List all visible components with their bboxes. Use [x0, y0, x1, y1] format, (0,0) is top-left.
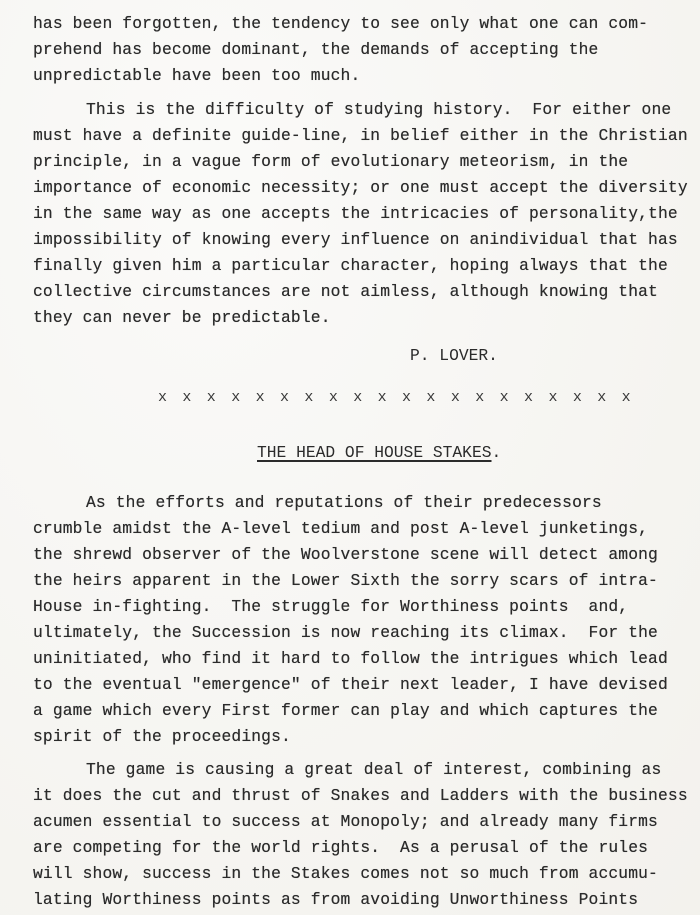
text-line: The game is causing a great deal of inte… [86, 760, 661, 780]
text-line: prehend has become dominant, the demands… [33, 40, 598, 60]
text-line: are competing for the world rights. As a… [33, 838, 648, 858]
text-line: will show, success in the Stakes comes n… [33, 864, 658, 884]
text-line: to the eventual "emergence" of their nex… [33, 675, 668, 695]
text-line: finally given him a particular character… [33, 256, 668, 276]
text-line: House in-fighting. The struggle for Wort… [33, 597, 628, 617]
text-line: spirit of the proceedings. [33, 727, 291, 747]
text-line: it does the cut and thrust of Snakes and… [33, 786, 688, 806]
article-heading-text: THE HEAD OF HOUSE STAKES [257, 443, 492, 462]
text-line: This is the difficulty of studying histo… [86, 100, 671, 120]
text-line: ultimately, the Succession is now reachi… [33, 623, 658, 643]
text-line: acumen essential to success at Monopoly;… [33, 812, 658, 832]
text-line: has been forgotten, the tendency to see … [33, 14, 648, 34]
article-heading: THE HEAD OF HOUSE STAKES. [257, 443, 501, 462]
text-line: impossibility of knowing every influence… [33, 230, 678, 250]
text-line: a game which every First former can play… [33, 701, 658, 721]
text-line: they can never be predictable. [33, 308, 331, 328]
text-line: principle, in a vague form of evolutiona… [33, 152, 628, 172]
text-line: collective circumstances are not aimless… [33, 282, 658, 302]
typewritten-page: has been forgotten, the tendency to see … [0, 0, 700, 915]
text-line: lating Worthiness points as from avoidin… [33, 890, 638, 910]
text-line: uninitiated, who find it hard to follow … [33, 649, 668, 669]
text-line: unpredictable have been too much. [33, 66, 360, 86]
article-heading-punct: . [492, 443, 502, 462]
text-line: crumble amidst the A-level tedium and po… [33, 519, 648, 539]
text-line: must have a definite guide-line, in beli… [33, 126, 688, 146]
text-line: importance of economic necessity; or one… [33, 178, 688, 198]
section-divider: x x x x x x x x x x x x x x x x x x x x [158, 389, 634, 406]
text-line: the heirs apparent in the Lower Sixth th… [33, 571, 658, 591]
text-line: the shrewd observer of the Woolverstone … [33, 545, 658, 565]
text-line: As the efforts and reputations of their … [86, 493, 602, 513]
author-signature: P. LOVER. [410, 346, 498, 365]
text-line: in the same way as one accepts the intri… [33, 204, 678, 224]
